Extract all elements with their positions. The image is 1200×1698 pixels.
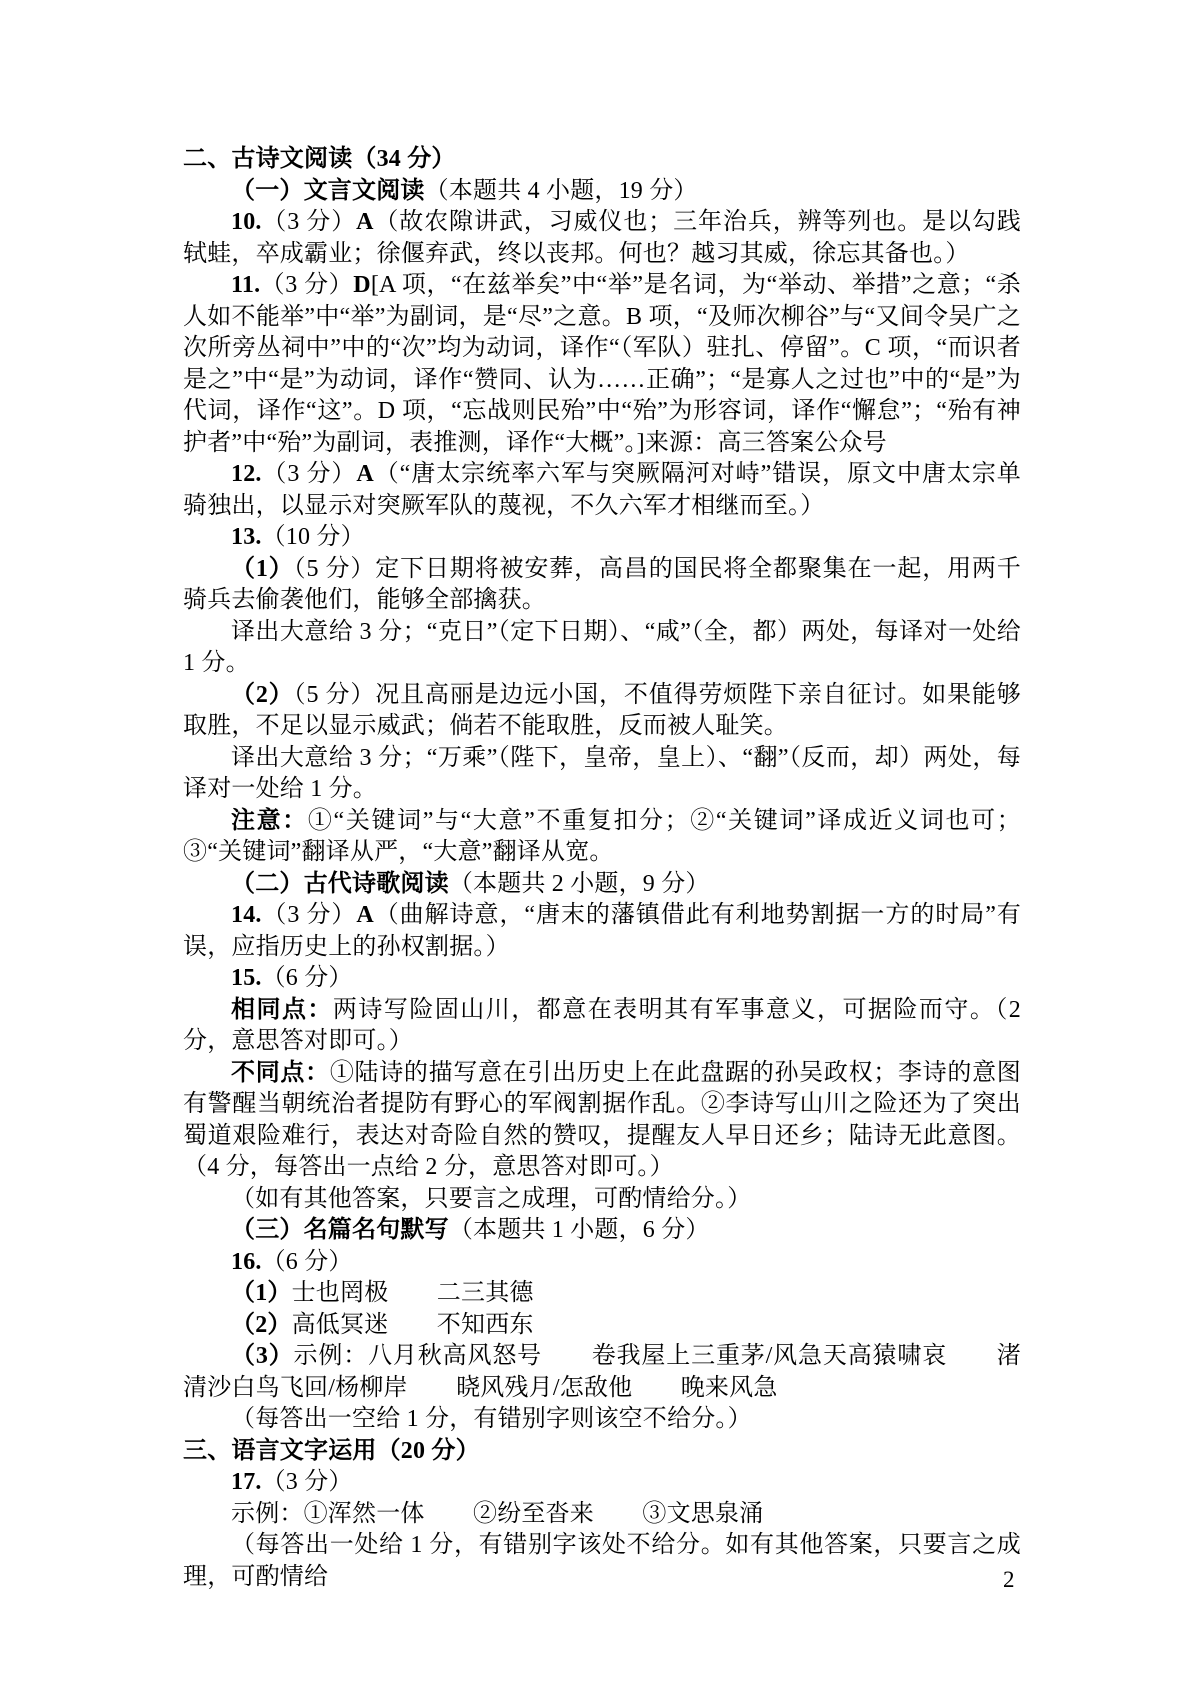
bold-text-segment: A [356, 461, 374, 487]
answer-question-16-part-2: （2）高低冥迷 不知西东 [183, 1310, 1021, 1342]
answer-question-13-part-2: （2）（5 分）况且高丽是边远小国，不值得劳烦陛下亲自征讨。如果能够取胜，不足以… [183, 680, 1021, 743]
text-segment: （如有其他答案，只要言之成理，可酌情给分。） [231, 1186, 751, 1212]
bold-text-segment: D [353, 272, 371, 298]
answer-question-12: 12.（3 分）A（“唐太宗统率六军与突厥隔河对峙”错误，原文中唐太宗单骑独出，… [183, 459, 1021, 522]
bold-text-segment: （一）文言文阅读 [231, 178, 425, 204]
answer-question-17-example: 示例：①浑然一体 ②纷至沓来 ③文思泉涌 [183, 1499, 1021, 1531]
answer-question-13-part-1-scoring: 译出大意给 3 分；“克日”（定下日期）、“咸”（全，都）两处，每译对一处给 1… [183, 617, 1021, 680]
answer-question-10: 10.（3 分）A（故农隙讲武，习威仪也；三年治兵，辨等列也。是以勾践轼蛙，卒成… [183, 207, 1021, 270]
text-segment: [A 项，“在兹举矣”中“举”是名词，为“举动、举措”之意；“杀人如不能举”中“… [183, 272, 1021, 456]
answer-question-11: 11.（3 分）D[A 项，“在兹举矣”中“举”是名词，为“举动、举措”之意；“… [183, 270, 1021, 459]
text-segment: （本题共 2 小题，9 分） [449, 871, 710, 897]
text-segment: （5 分）定下日期将被安葬，高昌的国民将全都聚集在一起，用两千骑兵去偷袭他们，能… [183, 556, 1021, 614]
bold-text-segment: 15. [231, 965, 262, 991]
bold-text-segment: 12. [231, 461, 262, 487]
document-body: 二、古诗文阅读（34 分）（一）文言文阅读（本题共 4 小题，19 分）10.（… [183, 144, 1021, 1593]
bold-text-segment: 17. [231, 1469, 262, 1495]
text-segment: （3 分） [262, 461, 357, 487]
document-page: 二、古诗文阅读（34 分）（一）文言文阅读（本题共 4 小题，19 分）10.（… [0, 0, 1200, 1698]
bold-text-segment: （2） [231, 682, 294, 708]
answer-question-17-scoring: （每答出一处给 1 分，有错别字该处不给分。如有其他答案，只要言之成理，可酌情给 [183, 1530, 1021, 1593]
bold-text-segment: 相同点： [231, 997, 333, 1023]
text-segment: （本题共 1 小题，6 分） [449, 1217, 710, 1243]
bold-text-segment: A [356, 209, 374, 235]
bold-text-segment: （1） [231, 556, 294, 582]
bold-text-segment: （二）古代诗歌阅读 [231, 871, 449, 897]
bold-text-segment: 注意： [231, 808, 308, 834]
bold-text-segment: 14. [231, 902, 262, 928]
answer-question-13-part-1: （1）（5 分）定下日期将被安葬，高昌的国民将全都聚集在一起，用两千骑兵去偷袭他… [183, 554, 1021, 617]
bold-text-segment: （3） [231, 1343, 294, 1369]
answer-question-17: 17.（3 分） [183, 1467, 1021, 1499]
text-segment: （10 分） [262, 524, 365, 550]
bold-text-segment: （三）名篇名句默写 [231, 1217, 449, 1243]
text-segment: （6 分） [262, 1249, 353, 1275]
text-segment: 译出大意给 3 分；“克日”（定下日期）、“咸”（全，都）两处，每译对一处给 1… [183, 619, 1021, 677]
text-segment: 译出大意给 3 分；“万乘”（陛下，皇帝，皇上）、“翻”（反而，却）两处，每译对… [183, 745, 1021, 803]
text-segment: （6 分） [262, 965, 353, 991]
bold-text-segment: 11. [231, 272, 260, 298]
text-segment: 示例：八月秋高风怒号 卷我屋上三重茅/风急天高猿啸哀 渚清沙白鸟飞回/杨柳岸 晓… [183, 1343, 1021, 1401]
answer-question-15-differences: 不同点：①陆诗的描写意在引出历史上在此盘踞的孙吴政权；李诗的意图有警醒当朝统治者… [183, 1058, 1021, 1184]
text-segment: 示例：①浑然一体 ②纷至沓来 ③文思泉涌 [231, 1501, 763, 1527]
answer-question-15: 15.（6 分） [183, 963, 1021, 995]
answer-question-15-other-note: （如有其他答案，只要言之成理，可酌情给分。） [183, 1184, 1021, 1216]
text-segment: 高低冥迷 不知西东 [292, 1312, 534, 1338]
grading-attention-note: 注意：①“关键词”与“大意”不重复扣分；②“关键词”译成近义词也可；③“关键词”… [183, 806, 1021, 869]
answer-question-16-part-1: （1）士也罔极 二三其德 [183, 1278, 1021, 1310]
bold-text-segment: （1） [231, 1280, 292, 1306]
text-segment: （本题共 4 小题，19 分） [425, 178, 698, 204]
text-segment: ①“关键词”与“大意”不重复扣分；②“关键词”译成近义词也可；③“关键词”翻译从… [183, 808, 1021, 866]
bold-text-segment: 16. [231, 1249, 262, 1275]
answer-question-13: 13.（10 分） [183, 522, 1021, 554]
heading-ancient-poetry-reading: （二）古代诗歌阅读（本题共 2 小题，9 分） [183, 869, 1021, 901]
text-segment: （每答出一处给 1 分，有错别字该处不给分。如有其他答案，只要言之成理，可酌情给 [183, 1532, 1021, 1590]
heading-section-two-ancient-reading: 二、古诗文阅读（34 分） [183, 144, 1021, 176]
answer-question-13-part-2-scoring: 译出大意给 3 分；“万乘”（陛下，皇帝，皇上）、“翻”（反而，却）两处，每译对… [183, 743, 1021, 806]
bold-text-segment: 二、古诗文阅读（34 分） [183, 146, 456, 172]
answer-question-16: 16.（6 分） [183, 1247, 1021, 1279]
bold-text-segment: 13. [231, 524, 262, 550]
bold-text-segment: A [356, 902, 374, 928]
text-segment: （3 分） [262, 902, 357, 928]
bold-text-segment: 10. [231, 209, 262, 235]
bold-text-segment: 不同点： [231, 1060, 330, 1086]
bold-text-segment: 三、语言文字运用（20 分） [183, 1438, 480, 1464]
text-segment: （5 分）况且高丽是边远小国，不值得劳烦陛下亲自征讨。如果能够取胜，不足以显示威… [183, 682, 1021, 740]
heading-famous-passages-dictation: （三）名篇名句默写（本题共 1 小题，6 分） [183, 1215, 1021, 1247]
answer-question-15-similarities: 相同点：两诗写险固山川，都意在表明其有军事意义，可据险而守。（2 分，意思答对即… [183, 995, 1021, 1058]
text-segment: （3 分） [260, 272, 353, 298]
heading-classical-prose-reading: （一）文言文阅读（本题共 4 小题，19 分） [183, 176, 1021, 208]
answer-question-16-part-3: （3）示例：八月秋高风怒号 卷我屋上三重茅/风急天高猿啸哀 渚清沙白鸟飞回/杨柳… [183, 1341, 1021, 1404]
text-segment: 士也罔极 二三其德 [292, 1280, 534, 1306]
heading-section-three-language-use: 三、语言文字运用（20 分） [183, 1436, 1021, 1468]
page-number: 2 [1003, 1566, 1015, 1594]
answer-question-16-scoring: （每答出一空给 1 分，有错别字则该空不给分。） [183, 1404, 1021, 1436]
text-segment: （每答出一空给 1 分，有错别字则该空不给分。） [231, 1406, 752, 1432]
text-segment: （3 分） [262, 1469, 353, 1495]
answer-question-14: 14.（3 分）A（曲解诗意，“唐末的藩镇借此有利地势割据一方的时局”有误，应指… [183, 900, 1021, 963]
bold-text-segment: （2） [231, 1312, 292, 1338]
text-segment: （3 分） [262, 209, 357, 235]
